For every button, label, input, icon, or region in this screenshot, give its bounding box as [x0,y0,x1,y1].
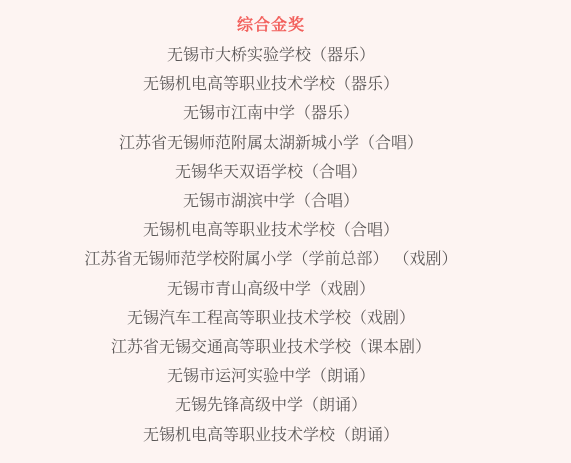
award-list-item: 无锡机电高等职业技术学校（合唱） [0,215,542,244]
award-list-item: 江苏省无锡师范附属太湖新城小学（合唱） [0,128,542,157]
award-list-item: 无锡机电高等职业技术学校（朗诵） [0,420,542,449]
section-heading: 综合金奖 [0,10,542,40]
award-list-item: 无锡市运河实验中学（朗诵） [0,361,542,390]
award-list-item: 江苏省无锡交通高等职业技术学校（课本剧） [0,332,542,361]
award-list-item: 无锡市青山高级中学（戏剧） [0,274,542,303]
award-list-item: 无锡机电高等职业技术学校（器乐） [0,69,542,98]
award-list-item: 无锡市大桥实验学校（器乐） [0,40,542,69]
award-list-item: 无锡华天双语学校（合唱） [0,157,542,186]
award-list-item: 无锡市江南中学（器乐） [0,98,542,127]
award-list-item: 江苏省无锡师范学校附属小学（学前总部） （戏剧） [0,244,542,273]
award-announcement: 综合金奖 无锡市大桥实验学校（器乐） 无锡机电高等职业技术学校（器乐） 无锡市江… [0,0,571,449]
award-list-item: 无锡先锋高级中学（朗诵） [0,390,542,419]
award-list-item: 无锡市湖滨中学（合唱） [0,186,542,215]
award-list-item: 无锡汽车工程高等职业技术学校（戏剧） [0,303,542,332]
